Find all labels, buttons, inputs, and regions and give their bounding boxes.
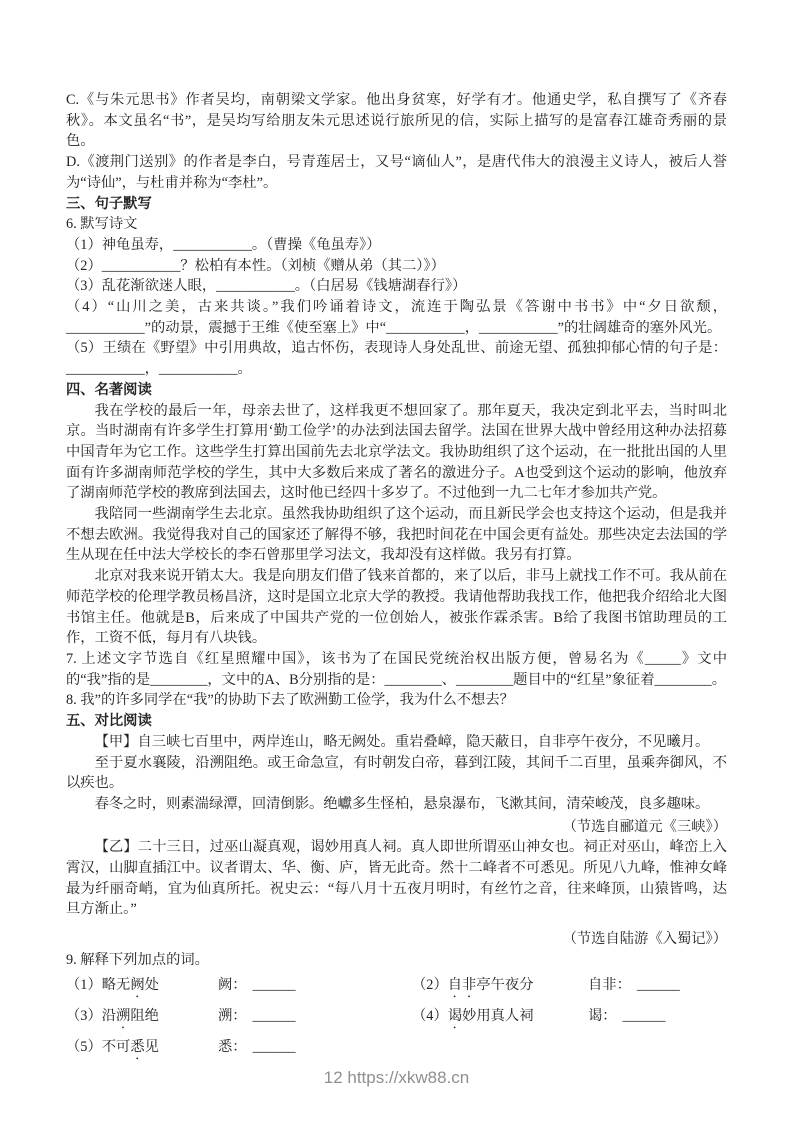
q9-phrase-pre: 略无 [102, 977, 131, 993]
q9-number: （3） [66, 1008, 102, 1024]
q9-item-1: （1）略无阙处 阙： ______ [66, 973, 412, 1001]
q9-phrase-post: 见 [145, 1039, 159, 1055]
q9-item-4: （4）谒妙用真人祠 谒： ______ [412, 1004, 727, 1032]
q9-number: （4） [412, 1008, 448, 1024]
section4-heading: 四、名著阅读 [66, 380, 727, 401]
q9-item-5: （5）不可悉见 悉： ______ [66, 1035, 412, 1063]
q9-dotted-word: 溯 [116, 1008, 130, 1024]
passage-yi-source: （节选自陆游《入蜀记》） [66, 929, 727, 950]
q9-phrase-post: 亭午夜分 [476, 977, 533, 993]
q9-phrase-post: 妙用真人祠 [462, 1008, 533, 1024]
q9-phrase-pre: 沿 [102, 1008, 116, 1024]
section3-heading: 三、句子默写 [66, 194, 727, 215]
q6-title: 6. 默写诗文 [66, 214, 727, 235]
option-d-text: D.《渡荆门送别》的作者是李白，号青莲居士，又号“谪仙人”，是唐代伟大的浪漫主义… [66, 152, 727, 193]
q9-phrase: （2）自非亭午夜分 [412, 973, 588, 1001]
q9-number: （2） [412, 977, 448, 993]
q9-answer-blank: ______ [623, 1004, 666, 1028]
q9-dotted-word: 阙 [130, 977, 144, 993]
passage-jia-source: （节选自郦道元《三峡》） [66, 817, 727, 838]
q9-phrase-post: 阻绝 [130, 1008, 159, 1024]
q9-gloss-label: 谒： [588, 1004, 617, 1028]
exam-page: C.《与朱元思书》作者吴均，南朝梁文学家。他出身贫寒，好学有才。他通史学，私自撰… [0, 0, 793, 1122]
q7-text: 7. 上述文字节选自《红星照耀中国》，该书为了在国民党统治权出版方便，曾易名为《… [66, 649, 727, 690]
q9-answer-blank: ______ [253, 1035, 296, 1059]
section5-heading: 五、对比阅读 [66, 711, 727, 732]
q9-gloss-label: 阙： [218, 973, 247, 997]
q9-answer-blank: ______ [253, 973, 296, 997]
novel-paragraph-3: 北京对我来说开销太大。我是向朋友们借了钱来首都的，来了以后，非马上就找工作不可。… [66, 566, 727, 649]
q9-number: （5） [66, 1039, 102, 1055]
q6-item-2: （2）___________？松柏有本性。（刘桢《赠从弟（其二）》） [66, 256, 727, 277]
passage-jia-paragraph-1: 【甲】自三峡七百里中，两岸连山，略无阙处。重岩叠嶂，隐天蔽日，自非亭午夜分，不见… [66, 732, 727, 753]
q9-item-3: （3）沿溯阻绝 溯： ______ [66, 1004, 412, 1032]
q6-item-3: （3）乱花渐欲迷人眼，___________。（白居易《钱塘湖春行》） [66, 276, 727, 297]
q6-item-5: （5）王绩在《野望》中引用典故，追古怀伤，表现诗人身处乱世、前途无望、孤独抑郁心… [66, 338, 727, 379]
q9-dotted-word: 悉 [130, 1039, 144, 1055]
q9-gloss-label: 自非： [588, 973, 631, 997]
q9-phrase: （5）不可悉见 [66, 1035, 218, 1063]
q6-item-1: （1）神龟虽寿，___________。（曹操《龟虽寿》） [66, 235, 727, 256]
option-c-text: C.《与朱元思书》作者吴均，南朝梁文学家。他出身贫寒，好学有才。他通史学，私自撰… [66, 90, 727, 152]
q9-answer-blank: ______ [637, 973, 680, 997]
q9-title: 9. 解释下列加点的词。 [66, 950, 727, 971]
q9-phrase: （4）谒妙用真人祠 [412, 1004, 588, 1032]
novel-paragraph-2: 我陪同一些湖南学生去北京。虽然我协助组织了这个运动，而且新民学会也支持这个运动，… [66, 504, 727, 566]
novel-paragraph-1: 我在学校的最后一年，母亲去世了，这样我更不想回家了。那年夏天，我决定到北平去，当… [66, 401, 727, 505]
q9-answer-grid: （1）略无阙处 阙： ______ （2）自非亭午夜分 自非： ______ （… [66, 973, 727, 1063]
q9-phrase: （1）略无阙处 [66, 973, 218, 1001]
passage-yi-paragraph: 【乙】二十三日，过巫山凝真观，谒妙用真人祠。真人即世所谓巫山神女也。祠正对巫山，… [66, 837, 727, 920]
q9-number: （1） [66, 977, 102, 993]
q9-answer-blank: ______ [253, 1004, 296, 1028]
q6-item-4: （4）“山川之美，古来共谈。”我们吟诵着诗文，流连于陶弘景《答谢中书书》中“夕日… [66, 297, 727, 338]
passage-jia-paragraph-2: 至于夏水襄陵，沿溯阻绝。或王命急宣，有时朝发白帝，暮到江陵，其间千二百里，虽乘奔… [66, 753, 727, 794]
passage-jia-paragraph-3: 春冬之时，则素湍绿潭，回清倒影。绝巘多生怪柏，悬泉瀑布，飞漱其间，清荣峻茂，良多… [66, 794, 727, 815]
q9-gloss-label: 悉： [218, 1035, 247, 1059]
q8-text: 8. 我”的许多同学在“我”的协助下去了欧洲勤工俭学，我为什么不想去？ [66, 690, 727, 711]
q9-phrase: （3）沿溯阻绝 [66, 1004, 218, 1032]
page-number-and-url: 12 https://xkw88.cn [324, 1068, 470, 1087]
q9-phrase-post: 处 [145, 977, 159, 993]
page-footer: 12 https://xkw88.cn [0, 1066, 793, 1090]
q9-gloss-label: 溯： [218, 1004, 247, 1028]
q9-dotted-word: 自非 [448, 977, 477, 993]
q9-dotted-word: 谒 [448, 1008, 462, 1024]
q9-item-2: （2）自非亭午夜分 自非： ______ [412, 973, 727, 1001]
q9-phrase-pre: 不可 [102, 1039, 131, 1055]
